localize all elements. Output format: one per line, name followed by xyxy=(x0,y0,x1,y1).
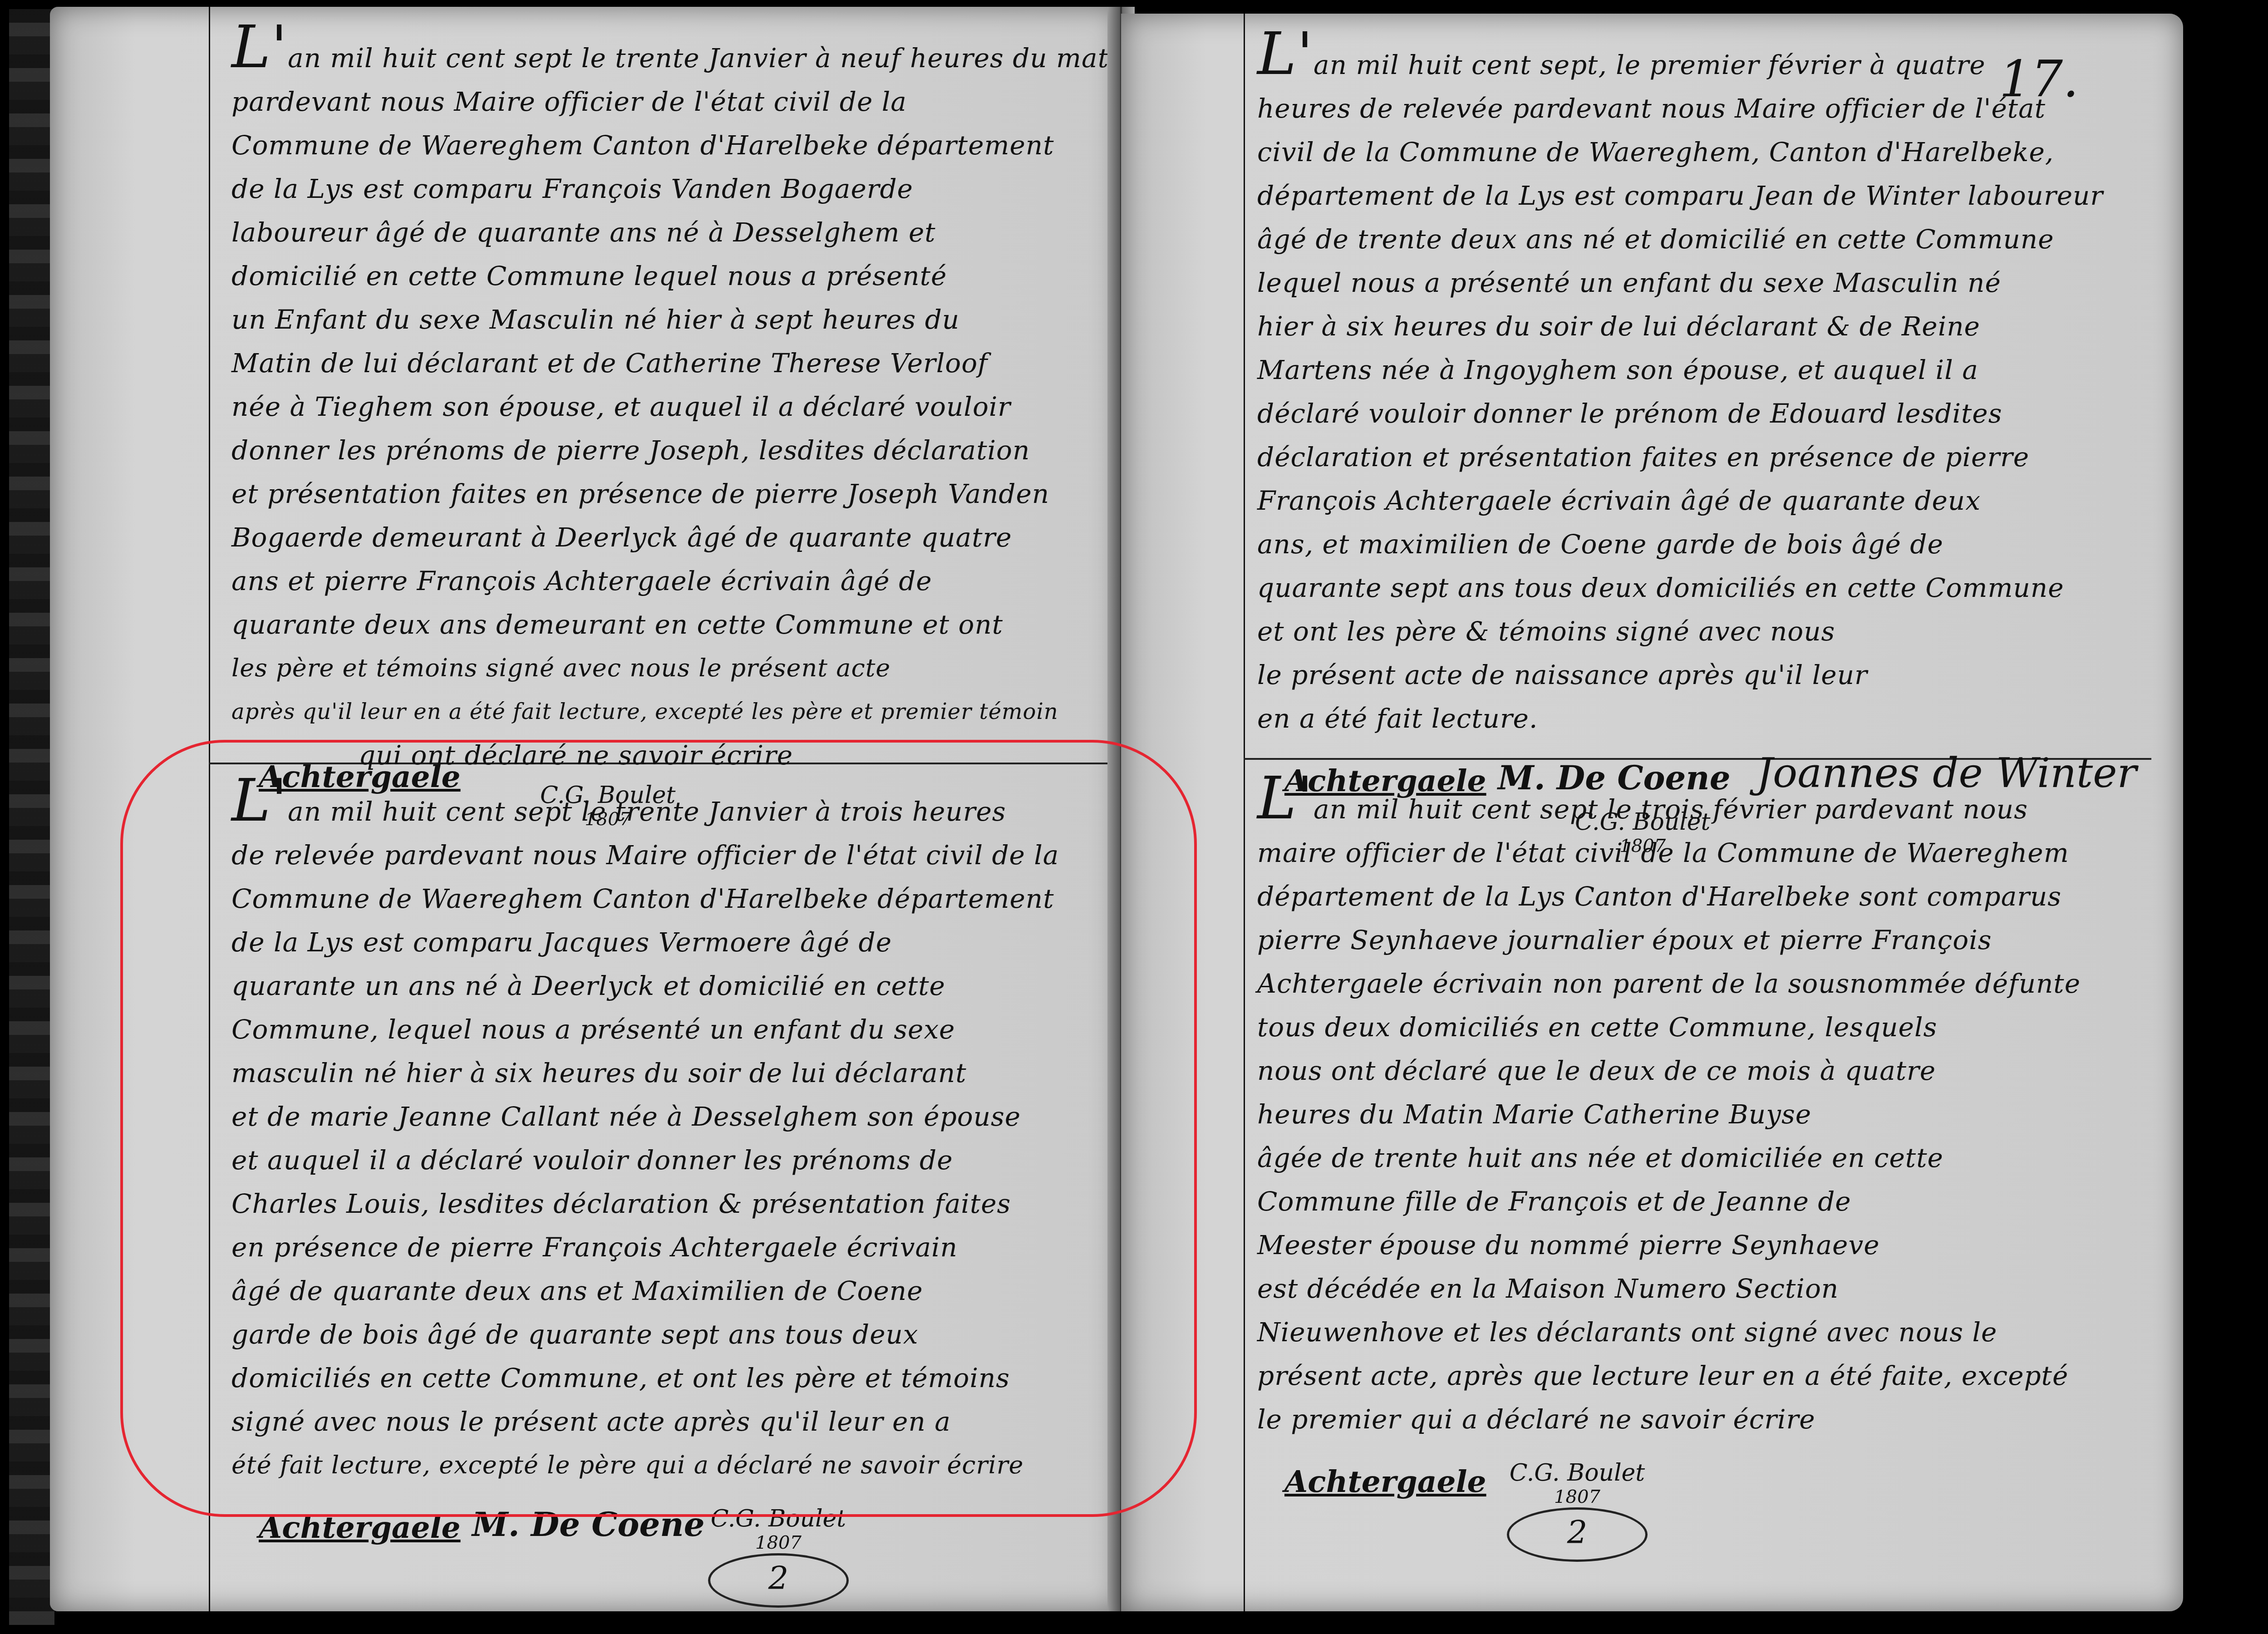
record-line: les père et témoins signé avec nous le p… xyxy=(231,646,1135,690)
record-line: Commune de Waereghem Canton d'Harelbeke … xyxy=(231,123,1135,167)
signature-de-coene: M. De Coene xyxy=(472,1505,704,1544)
record-line: L'an mil huit cent sept le trente Janvie… xyxy=(231,25,1135,80)
record-line: Nieuwenhove et les déclarants ont signé … xyxy=(1257,1310,2081,1354)
record-line: L'an mil huit cent sept, le premier févr… xyxy=(1257,32,2103,87)
record-line: Commune fille de François et de Jeanne d… xyxy=(1257,1180,2081,1223)
record-line: est décédée en la Maison Numero Section xyxy=(1257,1267,2081,1310)
record-line: domicilié en cette Commune lequel nous a… xyxy=(231,254,1135,298)
record-line: âgé de quarante deux ans et Maximilien d… xyxy=(231,1269,1059,1313)
record-line: après qu'il leur en a été fait lecture, … xyxy=(231,690,1135,733)
signature-achtergaele: Achtergaele xyxy=(259,1510,461,1545)
record-line: de la Lys est comparu Jacques Vermoere â… xyxy=(231,920,1059,964)
record-death-buyse: L'an mil huit cent sept le trois février… xyxy=(1257,776,2081,1568)
record-line: pierre Seynhaeve journalier époux et pie… xyxy=(1257,918,2081,962)
record-line: âgée de trente huit ans née et domicilié… xyxy=(1257,1136,2081,1180)
record-line: et présentation faites en présence de pi… xyxy=(231,472,1135,516)
record-line: et auquel il a déclaré vouloir donner le… xyxy=(231,1138,1059,1182)
mayor-signature: C.G. Boulet 1807 2 xyxy=(1507,1459,1648,1562)
record-line: le présent acte de naissance après qu'il… xyxy=(1257,653,2103,697)
signature-row: Achtergaele M. De Coene C.G. Boulet 1807… xyxy=(231,1496,1059,1614)
mayor-flourish: 2 xyxy=(1507,1507,1648,1562)
record-line: Matin de lui déclarant et de Catherine T… xyxy=(231,341,1135,385)
record-line: quarante un ans né à Deerlyck et domicil… xyxy=(231,964,1059,1008)
signature-row: Achtergaele C.G. Boulet 1807 2 xyxy=(1257,1450,2081,1568)
record-line: masculin né hier à six heures du soir de… xyxy=(231,1051,1059,1095)
record-line: nous ont déclaré que le deux de ce mois … xyxy=(1257,1049,2081,1093)
record-line: domiciliés en cette Commune, et ont les … xyxy=(231,1356,1059,1400)
record-line: Martens née à Ingoyghem son épouse, et a… xyxy=(1257,348,2103,392)
record-line: quarante deux ans demeurant en cette Com… xyxy=(231,603,1135,646)
mayor-signature: C.G. Boulet 1807 2 xyxy=(708,1505,849,1608)
signature-achtergaele: Achtergaele xyxy=(1284,1464,1486,1499)
record-line: laboureur âgé de quarante ans né à Desse… xyxy=(231,211,1135,254)
record-line: et ont les père & témoins signé avec nou… xyxy=(1257,610,2103,653)
mayor-name: C.G. Boulet xyxy=(1510,1459,1645,1486)
record-line: département de la Lys Canton d'Harelbeke… xyxy=(1257,875,2081,918)
mayor-flourish: 2 xyxy=(708,1553,849,1608)
record-line: département de la Lys est comparu Jean d… xyxy=(1257,174,2103,217)
record-line: François Achtergaele écrivain âgé de qua… xyxy=(1257,479,2103,522)
left-margin-line xyxy=(209,7,210,1611)
record-line: maire officier de l'état civil de la Com… xyxy=(1257,831,2081,875)
record-line: Achtergaele écrivain non parent de la so… xyxy=(1257,962,2081,1005)
record-line: déclaré vouloir donner le prénom de Edou… xyxy=(1257,392,2103,435)
right-page: 17. L'an mil huit cent sept, le premier … xyxy=(1121,14,2183,1611)
book-edge xyxy=(9,9,54,1625)
record-birth-de-winter: L'an mil huit cent sept, le premier févr… xyxy=(1257,32,2103,867)
record-line: civil de la Commune de Waereghem, Canton… xyxy=(1257,130,2103,174)
record-line: Commune, lequel nous a présenté un enfan… xyxy=(231,1008,1059,1051)
record-line: signé avec nous le présent acte après qu… xyxy=(231,1400,1059,1443)
record-line: en a été fait lecture. xyxy=(1257,697,2103,740)
left-page: L'an mil huit cent sept le trente Janvie… xyxy=(50,7,1119,1611)
record-line: Charles Louis, lesdites déclaration & pr… xyxy=(231,1182,1059,1225)
record-line: tous deux domiciliés en cette Commune, l… xyxy=(1257,1005,2081,1049)
record-line: lequel nous a présenté un enfant du sexe… xyxy=(1257,261,2103,305)
record-line: un Enfant du sexe Masculin né hier à sep… xyxy=(231,298,1135,341)
record-line: ans, et maximilien de Coene garde de boi… xyxy=(1257,522,2103,566)
record-line: le premier qui a déclaré ne savoir écrir… xyxy=(1257,1398,2081,1441)
record-line: L'an mil huit cent sept le trente Janvie… xyxy=(231,778,1059,833)
mayor-year: 1807 xyxy=(708,1532,849,1553)
record-line: hier à six heures du soir de lui déclara… xyxy=(1257,305,2103,348)
record-line: Meester épouse du nommé pierre Seynhaeve xyxy=(1257,1223,2081,1267)
record-line: L'an mil huit cent sept le trois février… xyxy=(1257,776,2081,831)
record-birth-vermoere: L'an mil huit cent sept le trente Janvie… xyxy=(231,778,1059,1614)
record-birth-vanden-bogaerde: L'an mil huit cent sept le trente Janvie… xyxy=(231,25,1135,863)
record-line: garde de bois âgé de quarante sept ans t… xyxy=(231,1313,1059,1356)
record-line: ans et pierre François Achtergaele écriv… xyxy=(231,559,1135,603)
right-margin-line xyxy=(1244,14,1245,1611)
record-line: de la Lys est comparu François Vanden Bo… xyxy=(231,167,1135,211)
record-line: présent acte, après que lecture leur en … xyxy=(1257,1354,2081,1398)
mayor-year: 1807 xyxy=(1507,1486,1648,1507)
record-line: Commune de Waereghem Canton d'Harelbeke … xyxy=(231,877,1059,920)
record-line: été fait lecture, excepté le père qui a … xyxy=(231,1443,1059,1487)
record-line: pardevant nous Maire officier de l'état … xyxy=(231,80,1135,123)
record-line: quarante sept ans tous deux domiciliés e… xyxy=(1257,566,2103,610)
record-line: âgé de trente deux ans né et domicilié e… xyxy=(1257,217,2103,261)
mayor-name: C.G. Boulet xyxy=(711,1505,846,1532)
record-line: déclaration et présentation faites en pr… xyxy=(1257,435,2103,479)
record-line: Bogaerde demeurant à Deerlyck âgé de qua… xyxy=(231,516,1135,559)
record-line: et de marie Jeanne Callant née à Desselg… xyxy=(231,1095,1059,1138)
record-line: en présence de pierre François Achtergae… xyxy=(231,1225,1059,1269)
record-line: de relevée pardevant nous Maire officier… xyxy=(231,833,1059,877)
record-line: heures du Matin Marie Catherine Buyse xyxy=(1257,1093,2081,1136)
record-line: donner les prénoms de pierre Joseph, les… xyxy=(231,428,1135,472)
record-line: heures de relevée pardevant nous Maire o… xyxy=(1257,87,2103,130)
record-line: née à Tieghem son épouse, et auquel il a… xyxy=(231,385,1135,428)
